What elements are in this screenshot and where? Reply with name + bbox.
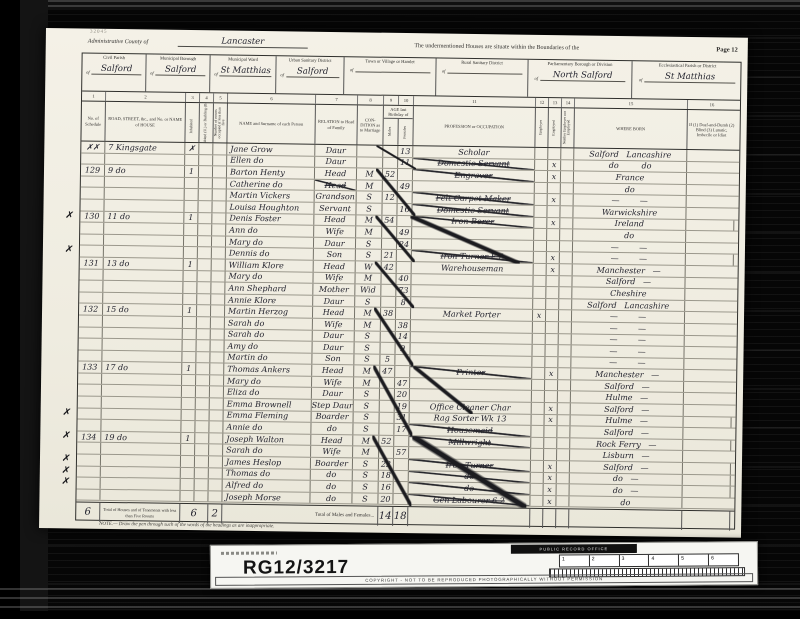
- cell-age-female: [398, 169, 413, 180]
- cell-condition: Wid: [355, 284, 381, 295]
- cell-schedule: [80, 234, 104, 245]
- cell-occupation: [412, 239, 534, 251]
- cell-infirmities: [683, 440, 731, 451]
- cell-occupation: do: [409, 471, 531, 483]
- cell-occupation: Housemaid: [409, 424, 531, 436]
- cell-relation: Boarder: [311, 458, 353, 469]
- cell-occupation: Iron Turner: [409, 459, 531, 471]
- cell-rooms: [210, 375, 224, 386]
- cell-infirmities: [685, 289, 733, 300]
- header-age: AGE last Birthday of Males Females: [383, 106, 414, 145]
- cell-road: [105, 177, 185, 189]
- census-sheet: 32045 Administrative County of Lancaster…: [39, 28, 748, 538]
- cell-rooms: [212, 213, 226, 224]
- cell-born: Salford Lancashire: [574, 148, 687, 160]
- cell-road: [101, 420, 181, 432]
- cell-name: Joseph Walton: [223, 433, 311, 445]
- totals-houses-value: 6: [180, 504, 208, 523]
- cell-employer: [533, 322, 546, 333]
- cell-occupation: [410, 355, 532, 367]
- cell-age-female: 17: [394, 424, 409, 435]
- cell-name: Mary do: [224, 375, 312, 387]
- cell-road: [103, 269, 183, 281]
- cell-road: [102, 385, 182, 397]
- cell-neither: [557, 450, 570, 461]
- cell-employer: [535, 148, 548, 159]
- cell-schedule: [79, 269, 103, 280]
- cell-employed: x: [545, 415, 558, 426]
- cell-age-male: [380, 343, 395, 354]
- cell-uninhabited: [196, 375, 210, 386]
- cell-employer: [532, 368, 545, 379]
- cell-infirmities: [683, 428, 731, 439]
- cell-infirmities: [686, 220, 734, 231]
- totals-empty-infirmities: [682, 511, 730, 531]
- cell-occupation: Felt Carpet Maker: [413, 193, 535, 205]
- cell-occupation: Office Cleaner Char: [410, 401, 532, 413]
- cell-inhabited: [184, 236, 198, 247]
- cell-name: Ann Shephard: [225, 283, 313, 295]
- cell-schedule: [77, 478, 101, 489]
- cell-inhabited: [184, 247, 198, 258]
- cell-road: [105, 153, 185, 165]
- cell-road: [104, 200, 184, 212]
- cell-road: [101, 466, 181, 478]
- cell-neither: [557, 438, 570, 449]
- cell-occupation: Iron Borer: [412, 216, 534, 228]
- cell-employer: [532, 403, 545, 414]
- table-rows-container: ✗✗ 7 Kingsgate ✗ Jane Grow Daur 13 Schol…: [76, 142, 739, 511]
- cell-name: William Klore: [226, 259, 314, 271]
- cell-rooms: [210, 364, 224, 375]
- cell-age-male: 52: [379, 436, 394, 447]
- cell-relation: Boarder: [312, 411, 354, 422]
- cell-rooms: [212, 236, 226, 247]
- ruler-inches: 123 456: [559, 553, 739, 567]
- cell-infirmities: [685, 324, 733, 335]
- cell-uninhabited: [199, 155, 213, 166]
- cell-born: Salford —: [570, 427, 683, 439]
- cell-road: [103, 293, 183, 305]
- cell-road: 11 do: [104, 211, 184, 223]
- cell-employer: x: [533, 310, 546, 321]
- district-parliamentary: Parliamentary Borough or Division ofNort…: [528, 60, 633, 98]
- cell-uninhabited: [195, 479, 209, 490]
- cell-name: Mary do: [226, 236, 314, 248]
- cell-employed: x: [548, 171, 561, 182]
- cell-born: — —: [573, 241, 686, 253]
- cell-name: Barton Henty: [227, 167, 315, 179]
- cell-born: Lisburn —: [570, 450, 683, 462]
- cell-age-male: [381, 285, 396, 296]
- totals-rooms-value: 2: [208, 504, 222, 523]
- cell-inhabited: [181, 456, 195, 467]
- table-body: ✗✗ 7 Kingsgate ✗ Jane Grow Daur 13 Schol…: [76, 142, 739, 511]
- cell-neither: [560, 241, 573, 252]
- district-ecclesiastical: Ecclesiastical Parish or District ofSt M…: [632, 61, 743, 100]
- cell-schedule: 129: [81, 165, 105, 176]
- cell-born: do: [574, 183, 687, 195]
- cell-rooms: [213, 155, 227, 166]
- cell-employer: [533, 275, 546, 286]
- cell-age-female: [397, 250, 412, 261]
- cell-uninhabited: [197, 305, 211, 316]
- cell-neither: [558, 403, 571, 414]
- cell-name: Dennis do: [226, 248, 314, 260]
- cell-age-female: [396, 308, 411, 319]
- cell-schedule: [81, 188, 105, 199]
- cell-occupation: Domestic Servant: [412, 204, 534, 216]
- cell-occupation: Warehouseman: [412, 262, 534, 274]
- cell-uninhabited: [196, 410, 210, 421]
- cell-rooms: [211, 306, 225, 317]
- cell-rooms: [211, 329, 225, 340]
- cell-employed: [545, 357, 558, 368]
- cell-inhabited: [180, 491, 194, 502]
- cell-rooms: [211, 282, 225, 293]
- cell-employed: x: [544, 473, 557, 484]
- cell-road: [100, 490, 180, 502]
- cell-road: 15 do: [103, 304, 183, 316]
- cell-employed: [547, 206, 560, 217]
- cell-rooms: [210, 398, 224, 409]
- cell-employed: [546, 299, 559, 310]
- cell-occupation: [409, 448, 531, 460]
- cell-name: Ann do: [226, 225, 314, 237]
- cell-rooms: [209, 480, 223, 491]
- cell-condition: S: [354, 400, 380, 411]
- cell-employed: [547, 241, 560, 252]
- cell-uninhabited: [195, 468, 209, 479]
- district-urban-sanitary: Urban Sanitary District ofSalford: [276, 56, 345, 94]
- cell-condition: M: [357, 169, 383, 180]
- cell-relation: Wife: [313, 272, 355, 283]
- cell-age-male: 22: [379, 459, 394, 470]
- cell-relation: Grandson: [315, 191, 357, 202]
- cell-name: Alfred do: [223, 480, 311, 492]
- district-rural-sanitary: Rural Sanitary District of: [436, 58, 529, 96]
- cell-born: do —: [570, 473, 683, 485]
- header-occupation: PROFESSION or OCCUPATION: [413, 106, 536, 147]
- cell-born: — —: [573, 253, 686, 265]
- cell-relation: do: [311, 469, 353, 480]
- cell-age-male: [383, 181, 398, 192]
- admin-county-label: Administrative County of: [88, 39, 148, 46]
- cell-uninhabited: [199, 178, 213, 189]
- cell-employed: [546, 310, 559, 321]
- cell-inhabited: 1: [185, 166, 199, 177]
- cell-born: — —: [572, 322, 685, 334]
- cell-rooms: [209, 456, 223, 467]
- cell-employer: [532, 357, 545, 368]
- cell-born: Warwickshire: [573, 206, 686, 218]
- cell-name: Sarah do: [223, 445, 311, 457]
- cell-age-female: 40: [396, 273, 411, 284]
- cell-occupation: [410, 390, 532, 402]
- cell-infirmities: [684, 370, 732, 381]
- cell-born: do: [569, 496, 682, 508]
- cell-employed: x: [547, 218, 560, 229]
- cell-age-female: [395, 355, 410, 366]
- cell-condition: S: [355, 296, 381, 307]
- cell-infirmities: [687, 162, 735, 173]
- cell-condition: S: [353, 470, 379, 481]
- cell-age-female: 38: [396, 320, 411, 331]
- cell-uninhabited: [198, 213, 212, 224]
- header-employed: Employed: [548, 108, 562, 147]
- cell-uninhabited: [198, 247, 212, 258]
- cell-inhabited: [183, 340, 197, 351]
- cell-employed: [544, 426, 557, 437]
- cell-employer: [533, 299, 546, 310]
- cell-employer: [531, 449, 544, 460]
- cell-relation: Head: [313, 307, 355, 318]
- header-rooms: Number of rooms occupied if less than fi…: [213, 103, 228, 142]
- cell-neither: [557, 484, 570, 495]
- cell-age-male: [381, 320, 396, 331]
- cell-employed: [545, 345, 558, 356]
- cell-schedule: [78, 408, 102, 419]
- cell-neither: [561, 171, 574, 182]
- cell-employer: [532, 380, 545, 391]
- margin-cross-mark: ✗: [62, 406, 72, 418]
- cell-rooms: [213, 143, 227, 154]
- cell-age-male: [381, 331, 396, 342]
- cell-condition: [357, 157, 383, 168]
- cell-road: 9 do: [105, 165, 185, 177]
- public-record-office-bar: PUBLIC RECORD OFFICE: [511, 544, 637, 554]
- cell-employed: x: [543, 496, 556, 507]
- cell-occupation: Gen Labourer 6.2: [408, 494, 530, 506]
- cell-employer: [535, 159, 548, 170]
- cell-infirmities: [686, 266, 734, 277]
- cell-rooms: [213, 190, 227, 201]
- cell-inhabited: 1: [183, 305, 197, 316]
- cell-age-female: 14: [396, 331, 411, 342]
- cell-condition: M: [355, 273, 381, 284]
- cell-age-female: 49: [398, 181, 413, 192]
- cell-age-male: 52: [383, 169, 398, 180]
- cell-employer: [531, 484, 544, 495]
- cell-rooms: [213, 178, 227, 189]
- cell-occupation: Domestic Servant: [413, 158, 535, 170]
- cell-neither: [560, 253, 573, 264]
- cell-infirmities: [686, 231, 734, 242]
- cell-relation: do: [311, 481, 353, 492]
- cell-employer: [531, 461, 544, 472]
- cell-age-female: 9: [395, 343, 410, 354]
- cell-age-female: 19: [395, 401, 410, 412]
- cell-schedule: [77, 420, 101, 431]
- cell-born: — —: [574, 195, 687, 207]
- cell-age-male: [382, 238, 397, 249]
- cell-employed: [546, 334, 559, 345]
- cell-relation: Daur: [313, 295, 355, 306]
- cell-neither: [560, 264, 573, 275]
- cell-infirmities: [684, 393, 732, 404]
- cell-age-female: 24: [397, 239, 412, 250]
- cell-rooms: [211, 317, 225, 328]
- cell-age-male: [380, 401, 395, 412]
- cell-schedule: [78, 397, 102, 408]
- cell-schedule: [81, 153, 105, 164]
- cell-inhabited: [181, 421, 195, 432]
- cell-relation: Wife: [312, 377, 354, 388]
- cell-neither: [559, 287, 572, 298]
- cell-inhabited: 1: [184, 213, 198, 224]
- cell-age-male: [380, 389, 395, 400]
- header-neither: Neither Employer nor Employed: [561, 108, 575, 147]
- reference-strip: RG12/3217 PUBLIC RECORD OFFICE 123 456 C…: [210, 541, 758, 589]
- cell-relation: Step Daur: [312, 400, 354, 411]
- cell-name: Catherine do: [227, 178, 315, 190]
- cell-employed: [545, 380, 558, 391]
- cell-born: Rock Ferry —: [570, 438, 683, 450]
- cell-neither: [561, 183, 574, 194]
- cell-employed: x: [548, 194, 561, 205]
- cell-age-male: [383, 146, 398, 157]
- cell-born: — —: [571, 345, 684, 357]
- district-municipal-ward: Municipal Ward ofSt Matthias: [210, 55, 277, 93]
- cell-schedule: [76, 489, 100, 500]
- cell-employer: [532, 345, 545, 356]
- cell-occupation: [411, 297, 533, 309]
- cell-inhabited: [183, 270, 197, 281]
- cell-born: do: [573, 230, 686, 242]
- cell-employer: [532, 391, 545, 402]
- cell-employed: [544, 449, 557, 460]
- cell-infirmities: [685, 301, 733, 312]
- cell-condition: S: [354, 354, 380, 365]
- cell-condition: S: [354, 412, 380, 423]
- cell-road: [105, 188, 185, 200]
- cell-rooms: [212, 248, 226, 259]
- cell-inhabited: [184, 224, 198, 235]
- cell-age-female: 16: [397, 204, 412, 215]
- cell-name: Sarah do: [225, 317, 313, 329]
- cell-name: Jane Grow: [227, 144, 315, 156]
- cell-uninhabited: [197, 340, 211, 351]
- cell-age-female: [394, 436, 409, 447]
- cell-relation: Daur: [315, 145, 357, 156]
- cell-inhabited: [182, 375, 196, 386]
- cell-uninhabited: [199, 166, 213, 177]
- cell-employer: [530, 496, 543, 507]
- cell-condition: S: [354, 389, 380, 400]
- cell-condition: [357, 145, 383, 156]
- cell-employer: [534, 252, 547, 263]
- cell-age-female: 49: [397, 227, 412, 238]
- cell-uninhabited: [198, 259, 212, 270]
- cell-inhabited: [184, 201, 198, 212]
- cell-employed: [544, 438, 557, 449]
- totals-empty-employer: [530, 509, 543, 528]
- cell-relation: Head: [314, 261, 356, 272]
- cell-uninhabited: [194, 491, 208, 502]
- header-houses: HOUSES Inhabited Uninhabited (U.) or Bui…: [185, 103, 214, 142]
- cell-name: Sarah do: [225, 329, 313, 341]
- cell-occupation: [411, 332, 533, 344]
- cell-employed: [548, 183, 561, 194]
- cell-age-male: [380, 412, 395, 423]
- cell-condition: S: [352, 493, 378, 504]
- cell-neither: [561, 148, 574, 159]
- cell-neither: [561, 160, 574, 171]
- totals-females-value: 18: [393, 507, 408, 526]
- cell-age-male: 20: [378, 494, 393, 505]
- cell-road: 17 do: [102, 362, 182, 374]
- header-employer: Employer: [535, 108, 549, 147]
- cell-relation: Daur: [314, 238, 356, 249]
- cell-road: [104, 235, 184, 247]
- cell-infirmities: [686, 208, 734, 219]
- cell-inhabited: [181, 468, 195, 479]
- cell-infirmities: [687, 150, 735, 161]
- cell-name: James Heslop: [223, 457, 311, 469]
- cell-age-female: [394, 482, 409, 493]
- cell-age-female: [395, 366, 410, 377]
- totals-males-value: 14: [378, 507, 393, 526]
- cell-relation: do: [310, 493, 352, 504]
- cell-rooms: [208, 491, 222, 502]
- header-relation: RELATION to Head of Family: [315, 105, 358, 145]
- cell-uninhabited: [196, 387, 210, 398]
- cell-employer: [534, 206, 547, 217]
- cell-schedule: [79, 327, 103, 338]
- cell-age-male: [379, 447, 394, 458]
- cell-born: Salford —: [572, 276, 685, 288]
- cell-neither: [559, 276, 572, 287]
- margin-cross-mark: ✗: [64, 209, 74, 221]
- cell-uninhabited: [195, 421, 209, 432]
- cell-born: — —: [571, 357, 684, 369]
- cell-condition: M: [355, 319, 381, 330]
- cell-inhabited: [182, 398, 196, 409]
- header-condition: CON- DITION as to Marriage: [357, 105, 384, 144]
- cell-inhabited: [183, 282, 197, 293]
- cell-infirmities: [684, 405, 732, 416]
- totals-empty-occupation: [408, 507, 530, 528]
- cell-age-female: [394, 471, 409, 482]
- header-name: NAME and Surname of each Person: [227, 104, 316, 144]
- cell-inhabited: [185, 189, 199, 200]
- cell-employer: [534, 229, 547, 240]
- film-left-edge: [0, 0, 20, 619]
- cell-employed: [548, 148, 561, 159]
- totals-empty-born: [569, 509, 682, 530]
- cell-born: Manchester —: [571, 369, 684, 381]
- cell-inhabited: [182, 410, 196, 421]
- cell-age-female: [397, 262, 412, 273]
- cell-relation: Daur: [315, 156, 357, 167]
- reference-annotation-squiggle: [221, 551, 277, 554]
- cell-schedule: [81, 176, 105, 187]
- cell-schedule: [77, 443, 101, 454]
- cell-road: 13 do: [104, 258, 184, 270]
- cell-born: — —: [572, 311, 685, 323]
- cell-inhabited: [182, 386, 196, 397]
- cell-born: Salford —: [571, 380, 684, 392]
- cell-condition: M: [354, 377, 380, 388]
- cell-condition: S: [355, 331, 381, 342]
- cell-condition: M: [353, 435, 379, 446]
- cell-name: Amy do: [225, 341, 313, 353]
- cell-employer: [534, 217, 547, 228]
- cell-schedule: [77, 466, 101, 477]
- cell-age-female: [393, 494, 408, 505]
- cell-rooms: [211, 271, 225, 282]
- cell-age-female: [394, 459, 409, 470]
